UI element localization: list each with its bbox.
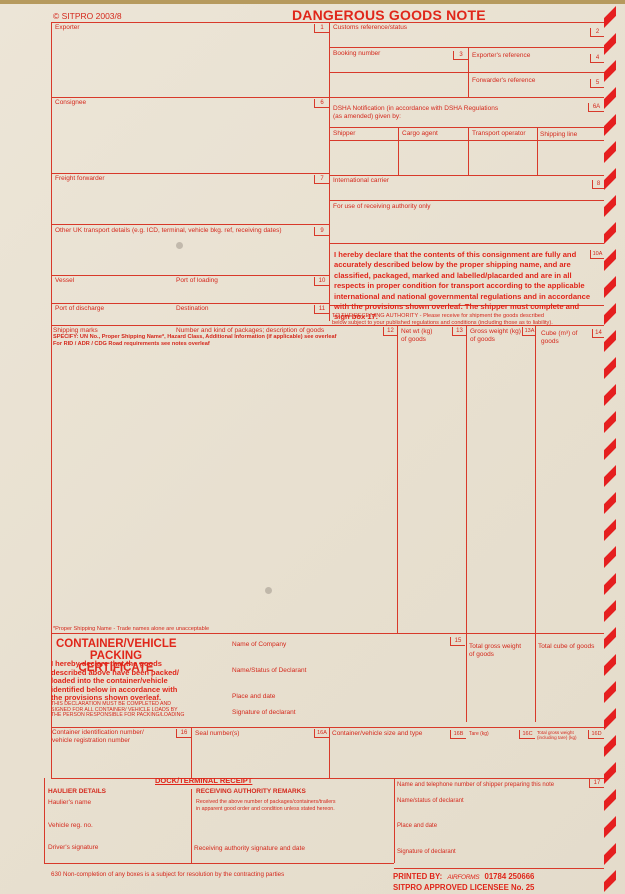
receiving-remarks-field[interactable]: [193, 815, 393, 840]
haulier-name-label: Haulier's name: [48, 799, 91, 807]
hazard-stripe-icon: [604, 6, 616, 28]
hazard-stripe-icon: [604, 384, 616, 406]
cube-label: Cube (m³) of goods: [541, 330, 577, 345]
haulier-details-heading: HAULIER DETAILS: [48, 788, 106, 795]
hazard-stripe-icon: [604, 168, 616, 190]
gross-wt-field[interactable]: [467, 345, 534, 632]
tare-label: Tare (kg): [469, 731, 489, 739]
other-uk-transport-field[interactable]: [52, 236, 328, 274]
box-number: 16A: [314, 729, 329, 738]
hazard-stripe-icon: [604, 708, 616, 730]
cube-field[interactable]: [536, 347, 603, 632]
hazard-stripe-icon: [604, 438, 616, 460]
box-number: 12: [383, 327, 397, 336]
booking-number-label: Booking number: [333, 50, 380, 58]
rid-adr-note: For RID / ADR / CDG Road requirements se…: [53, 341, 210, 349]
exporters-ref-label: Exporter's reference: [472, 52, 530, 60]
goods-description-field[interactable]: [52, 350, 396, 624]
form-title: DANGEROUS GOODS NOTE: [292, 7, 486, 23]
printer-phone: 01784 250666: [485, 872, 535, 881]
hazard-stripe-icon: [604, 303, 616, 325]
gross-wt-label-line1: Gross weight (kg): [470, 328, 521, 336]
dsha-col-shipping-line: Shipping line: [540, 131, 577, 139]
total-cube-field[interactable]: [536, 658, 603, 721]
hazard-stripe-icon: [604, 870, 616, 892]
total-gross-incl-tare-label: Total gross weight (including tare) (kg): [537, 730, 577, 740]
packing-certificate-requirement: THIS DECLARATION MUST BE COMPLETED AND S…: [51, 702, 186, 719]
container-size-type-field[interactable]: [330, 740, 465, 777]
printed-by-label: PRINTED BY:: [393, 872, 442, 881]
hazard-stripe-icon: [604, 249, 616, 271]
box-number: 6: [314, 99, 329, 108]
hazard-stripe-icon: [604, 573, 616, 595]
hazard-stripe-icon: [604, 600, 616, 622]
container-id-label-line2: vehicle registration number: [52, 737, 144, 745]
packing-certificate-declaration: I hereby declare that the goods describe…: [51, 660, 186, 703]
box-number: 3: [453, 51, 468, 60]
receiving-authority-remarks-heading: RECEIVING AUTHORITY REMARKS: [196, 788, 306, 795]
hazard-stripe-icon: [604, 492, 616, 514]
booking-number-field[interactable]: [330, 60, 467, 96]
certificate-signature-field[interactable]: [300, 709, 460, 719]
dsha-label-line1: DSHA Notification (in accordance with DS…: [333, 105, 498, 113]
box-number: 16: [176, 729, 191, 738]
declarant-status-field[interactable]: [310, 667, 460, 677]
hazard-stripe-icon: [604, 87, 616, 109]
hazard-stripe-icon: [604, 357, 616, 379]
total-gross-label-line1: Total gross weight: [469, 643, 521, 651]
box17-place-date-label: Place and date: [397, 823, 437, 831]
total-cube-label: Total cube of goods: [538, 643, 594, 651]
place-date-label: Place and date: [232, 693, 275, 701]
driver-signature-label: Driver's signature: [48, 844, 98, 852]
remarks-line1: Received the above number of packages/co…: [196, 799, 336, 806]
shipper-declaration-text: I hereby declare that the contents of th…: [334, 250, 592, 323]
port-of-discharge-label: Port of discharge: [55, 305, 104, 313]
box17-place-date-field[interactable]: [395, 831, 603, 846]
freight-forwarder-label: Freight forwarder: [55, 175, 105, 183]
hazard-stripe-icon: [604, 654, 616, 676]
printer-logo: AIRFORMS: [447, 874, 479, 881]
box-number: 10A: [590, 250, 604, 259]
total-gross-label: Total gross weight of goods: [469, 643, 521, 658]
container-size-type-label: Container/vehicle size and type: [332, 730, 422, 738]
net-wt-field[interactable]: [398, 345, 465, 632]
international-carrier-field[interactable]: [330, 186, 590, 199]
forwarders-ref-field[interactable]: [469, 86, 589, 96]
dsha-col-cargo-agent: Cargo agent: [402, 130, 438, 138]
proper-shipping-name-footnote: *Proper Shipping Name - Trade names alon…: [53, 626, 209, 634]
box-number: 17: [589, 779, 604, 788]
declarant-status-label: Name/Status of Declarant: [232, 667, 306, 675]
box-number: 2: [590, 28, 604, 37]
certificate-place-date-field[interactable]: [285, 693, 455, 703]
box-number: 15: [450, 637, 465, 646]
net-wt-label-line1: Net wt (kg): [401, 328, 432, 336]
forwarders-ref-label: Forwarder's reference: [472, 77, 535, 85]
port-of-discharge-field[interactable]: [52, 313, 172, 324]
box-number: 14: [592, 329, 604, 338]
hazard-stripe-icon: [604, 141, 616, 163]
hazard-stripe-icon: [604, 222, 616, 244]
cube-label-line2: goods: [541, 338, 577, 346]
dsha-shipping-line-field[interactable]: [538, 141, 603, 174]
exporters-ref-field[interactable]: [469, 62, 589, 71]
dsha-label-line2: (as amended) given by:: [333, 113, 401, 121]
international-carrier-label: International carrier: [333, 177, 389, 185]
dsha-cargo-agent-field[interactable]: [399, 141, 467, 174]
box-number: 16D: [588, 730, 604, 739]
exporter-field[interactable]: [52, 32, 328, 96]
hazard-stripe-icon: [604, 843, 616, 865]
consignee-label: Consignee: [55, 99, 86, 107]
seal-numbers-label: Seal number(s): [195, 730, 239, 738]
remarks-text: Received the above number of packages/co…: [196, 799, 336, 812]
total-gross-incl-tare-field[interactable]: [536, 742, 603, 777]
seal-numbers-field[interactable]: [192, 740, 328, 777]
hazard-stripe-icon: [604, 195, 616, 217]
total-gross-incl-line2: (including tare) (kg): [537, 735, 577, 740]
consignee-field[interactable]: [52, 108, 328, 172]
scan-smudge: [176, 242, 183, 249]
receiving-authority-note: TO THE RECEIVING AUTHORITY - Please rece…: [332, 313, 594, 326]
receiving-authority-line1: TO THE RECEIVING AUTHORITY - Please rece…: [332, 313, 594, 320]
shipper-name-phone-field[interactable]: [395, 790, 603, 797]
box-number: 11: [314, 305, 329, 314]
total-gross-field[interactable]: [467, 658, 534, 721]
box17-signature-field[interactable]: [395, 856, 603, 867]
box-number: 5: [590, 79, 604, 88]
frame-top: [51, 22, 604, 23]
box-number: 16C: [519, 730, 535, 739]
certificate-title-line1: CONTAINER/VEHICLE: [56, 638, 176, 650]
company-name-label: Name of Company: [232, 641, 286, 649]
dsha-shipper-field[interactable]: [330, 141, 397, 174]
hazard-stripe-icon: [604, 519, 616, 541]
hazard-stripe-icon: [604, 33, 616, 55]
port-of-loading-field[interactable]: [174, 285, 314, 302]
port-of-loading-label: Port of loading: [176, 277, 218, 285]
destination-field[interactable]: [174, 313, 314, 324]
gross-wt-label-line2: of goods: [470, 336, 521, 344]
non-completion-note: 630 Non-completion of any boxes is a sub…: [51, 871, 284, 878]
receiving-authority-signature-label: Receiving authority signature and date: [194, 845, 305, 853]
hazard-stripe-icon: [604, 465, 616, 487]
hazard-stripe-icon: [604, 816, 616, 838]
hazard-stripe-icon: [604, 762, 616, 784]
company-name-field[interactable]: [300, 641, 450, 651]
box17-declarant-status-field[interactable]: [395, 806, 603, 821]
box-number: 6A: [588, 103, 604, 112]
customs-ref-label: Customs reference/status: [333, 24, 407, 32]
destination-label: Destination: [176, 305, 209, 313]
customs-ref-field[interactable]: [330, 32, 590, 46]
hazard-stripe-icon: [604, 60, 616, 82]
hazard-stripe-icon: [604, 681, 616, 703]
shipper-name-phone-label: Name and telephone number of shipper pre…: [397, 782, 554, 790]
hazard-stripe-icon: [604, 276, 616, 298]
vessel-label: Vessel: [55, 277, 74, 285]
copyright-text: © SITPRO 2003/8: [53, 11, 122, 21]
vehicle-reg-field[interactable]: [100, 821, 188, 831]
scan-smudge: [265, 587, 272, 594]
container-id-label: Container identification number/ vehicle…: [52, 729, 144, 744]
container-id-label-line1: Container identification number/: [52, 729, 144, 737]
box-number: 7: [314, 175, 329, 184]
dsha-col-transport-operator: Transport operator: [472, 130, 526, 138]
gross-wt-label: Gross weight (kg) of goods: [470, 328, 521, 343]
container-id-field[interactable]: [52, 746, 190, 777]
hazard-stripe-icon: [604, 735, 616, 757]
dsha-transport-operator-field[interactable]: [469, 141, 536, 174]
haulier-name-field[interactable]: [100, 798, 188, 808]
dangerous-goods-note-form: © SITPRO 2003/8 DANGEROUS GOODS NOTE Exp…: [0, 0, 625, 894]
hazard-stripe-icon: [604, 546, 616, 568]
box-number: 16B: [450, 730, 466, 739]
licensee-number: SITPRO APPROVED LICENSEE No. 25: [393, 883, 534, 893]
hazard-stripe-icon: [604, 114, 616, 136]
total-gross-label-line2: of goods: [469, 651, 521, 659]
printer-info: PRINTED BY: AIRFORMS 01784 250666 SITPRO…: [393, 872, 534, 893]
scan-edge: [0, 0, 625, 4]
freight-forwarder-field[interactable]: [52, 184, 328, 223]
net-wt-label: Net wt (kg) of goods: [401, 328, 432, 343]
vehicle-reg-label: Vehicle reg. no.: [48, 822, 93, 830]
vessel-field[interactable]: [52, 285, 172, 302]
net-wt-label-line2: of goods: [401, 336, 432, 344]
box-number: 8: [592, 180, 604, 189]
tare-field[interactable]: [467, 740, 534, 777]
hazard-stripe-icon: [604, 627, 616, 649]
box-number: 9: [314, 227, 329, 236]
box17-declarant-status-label: Name/status of declarant: [397, 798, 464, 806]
declarant-signature-label: Signature of declarant: [232, 709, 296, 717]
cube-label-line1: Cube (m³) of: [541, 330, 577, 338]
receiving-authority-only-label: For use of receiving authority only: [333, 203, 431, 211]
receiving-authority-line2: below subject to your published regulati…: [332, 320, 594, 327]
remarks-line2: in apparent good order and condition unl…: [196, 806, 336, 813]
hazard-stripe-icon: [604, 330, 616, 352]
dsha-col-shipper: Shipper: [333, 130, 355, 138]
dock-terminal-receipt-title: DOCK/TERMINAL RECEIPT: [155, 776, 252, 785]
exporter-label: Exporter: [55, 24, 80, 32]
box-number: 13A: [522, 327, 536, 336]
box-number: 10: [314, 277, 329, 286]
hazard-stripe-icon: [604, 411, 616, 433]
hazard-stripe-icon: [604, 789, 616, 811]
box-number: 4: [590, 54, 604, 63]
driver-signature-field[interactable]: [100, 843, 188, 853]
other-uk-transport-label: Other UK transport details (e.g. ICD, te…: [55, 227, 282, 235]
box-number: 13: [452, 327, 466, 336]
